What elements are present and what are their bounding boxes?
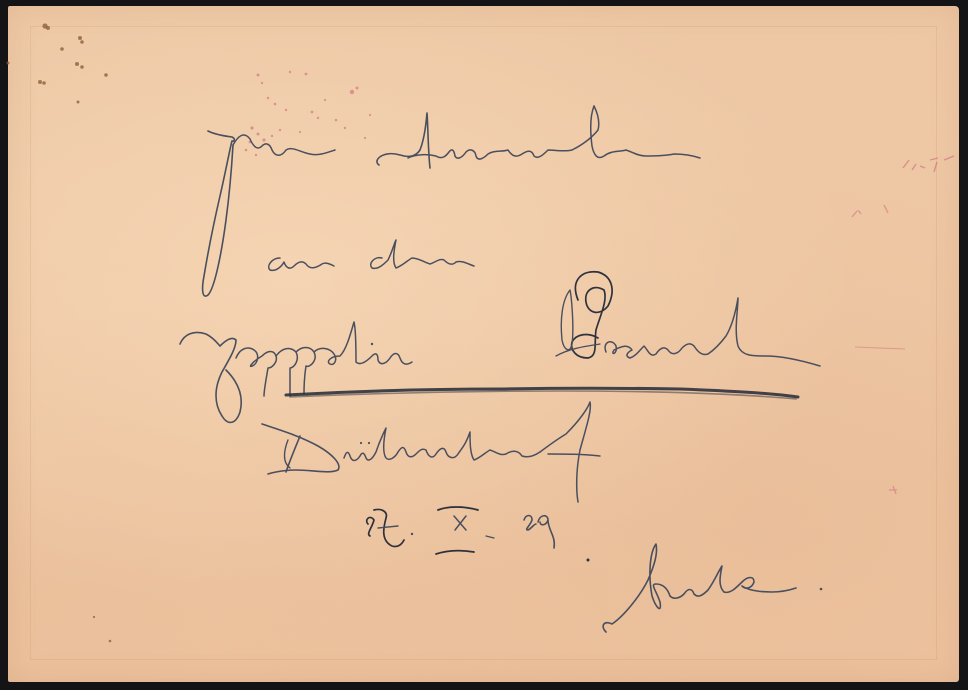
stamp-bleed-topleft <box>245 71 371 156</box>
scanned-postcard: Zum Andenken an den Zeppelin Besuch Dübe… <box>0 0 968 690</box>
stamp-bleed-right <box>852 156 954 494</box>
handwriting-an-den <box>269 240 474 270</box>
handwriting-dubendorf <box>262 402 600 502</box>
handwriting-zeppelin-besuch <box>180 272 820 423</box>
handwriting-signature <box>603 544 822 632</box>
handwriting-zum-andenken <box>203 106 700 296</box>
handwriting-layer <box>0 0 968 690</box>
foxing-stains <box>7 23 112 642</box>
handwriting-date <box>367 507 590 562</box>
underline-stroke <box>286 388 798 399</box>
